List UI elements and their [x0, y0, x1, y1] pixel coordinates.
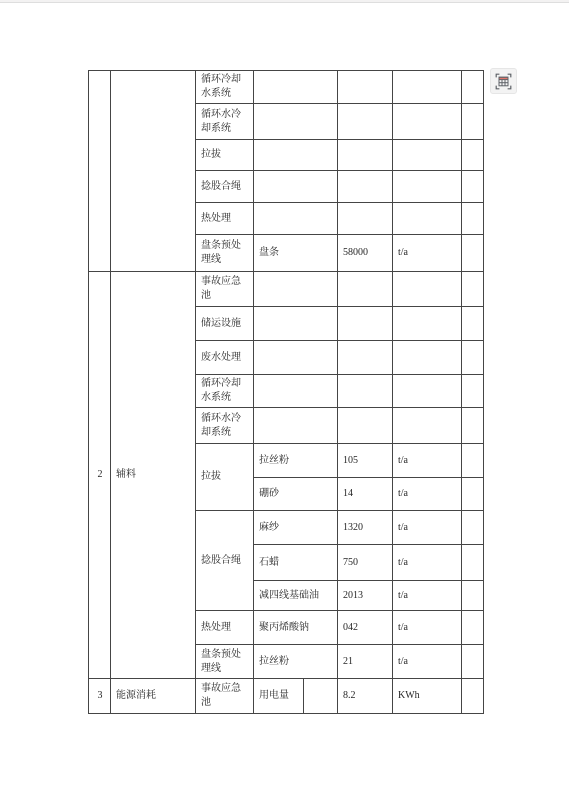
cell-blank [462, 478, 484, 511]
cell-material: 用电量 [254, 679, 304, 714]
cell-value: 21 [338, 645, 393, 679]
cell-category: 辅料 [111, 272, 196, 679]
cell-value [338, 408, 393, 444]
cell-process: 捻股合绳 [196, 171, 254, 203]
cell-material [254, 104, 338, 140]
cell-blank [462, 375, 484, 408]
materials-consumption-table: 循环冷却水系统 循环水冷却系统 拉拔 捻股合绳 热处理 盘条预处理线 盘条 58… [88, 70, 484, 714]
cell-blank [462, 71, 484, 104]
cell-process: 循环冷却水系统 [196, 375, 254, 408]
cell-value: 105 [338, 444, 393, 478]
cell-blank [462, 545, 484, 581]
cell-value [338, 203, 393, 235]
cell-value [338, 272, 393, 307]
cell-number: 2 [89, 272, 111, 679]
cell-process: 热处理 [196, 203, 254, 235]
cell-value: 8.2 [338, 679, 393, 714]
table-row: 2 辅料 事故应急池 [89, 272, 484, 307]
cell-unit [393, 408, 462, 444]
cell-material: 拉丝粉 [254, 444, 338, 478]
cell-value: 042 [338, 611, 393, 645]
cell-process: 事故应急池 [196, 272, 254, 307]
cell-material [254, 307, 338, 341]
cell-material: 减四线基础油 [254, 581, 338, 611]
cell-blank [462, 272, 484, 307]
cell-material: 石蜡 [254, 545, 338, 581]
cell-material [254, 375, 338, 408]
cell-material [254, 171, 338, 203]
cell-value [338, 104, 393, 140]
cell-value [338, 307, 393, 341]
cell-process: 循环冷却水系统 [196, 71, 254, 104]
cell-material: 拉丝粉 [254, 645, 338, 679]
cell-unit: t/a [393, 611, 462, 645]
cell-process: 拉拔 [196, 140, 254, 171]
cell-process: 循环水冷却系统 [196, 408, 254, 444]
cell-material [254, 341, 338, 375]
cell-unit: t/a [393, 545, 462, 581]
cell-value: 14 [338, 478, 393, 511]
cell-value [338, 140, 393, 171]
cell-process: 盘条预处理线 [196, 235, 254, 272]
table-row: 循环冷却水系统 [89, 71, 484, 104]
cell-material [254, 272, 338, 307]
cell-unit [393, 171, 462, 203]
cell-process: 热处理 [196, 611, 254, 645]
cell-material: 硼砂 [254, 478, 338, 511]
cell-material: 麻纱 [254, 511, 338, 545]
cell-unit [393, 307, 462, 341]
cell-blank [462, 235, 484, 272]
cell-blank [462, 611, 484, 645]
cell-material [254, 408, 338, 444]
cell-value [338, 71, 393, 104]
cell-value [338, 341, 393, 375]
cell-process: 拉拔 [196, 444, 254, 511]
cell-material-sub [304, 679, 338, 714]
cell-value: 58000 [338, 235, 393, 272]
cell-blank [462, 408, 484, 444]
cell-value: 750 [338, 545, 393, 581]
cell-unit [393, 140, 462, 171]
cell-process: 循环水冷却系统 [196, 104, 254, 140]
cell-process: 储运设施 [196, 307, 254, 341]
cell-unit: t/a [393, 511, 462, 545]
cell-blank [462, 203, 484, 235]
cell-blank [462, 171, 484, 203]
cell-value: 1320 [338, 511, 393, 545]
cell-unit: t/a [393, 235, 462, 272]
cell-process: 盘条预处理线 [196, 645, 254, 679]
cell-unit: t/a [393, 444, 462, 478]
table-row: 3 能源消耗 事故应急池 用电量 8.2 KWh [89, 679, 484, 714]
cell-unit [393, 272, 462, 307]
cell-unit [393, 104, 462, 140]
cell-unit [393, 71, 462, 104]
cell-number: 3 [89, 679, 111, 714]
cell-material [254, 203, 338, 235]
cell-value: 2013 [338, 581, 393, 611]
cell-blank [462, 444, 484, 478]
cell-material: 聚丙烯酸钠 [254, 611, 338, 645]
cell-blank [462, 511, 484, 545]
cell-material [254, 140, 338, 171]
cell-unit: t/a [393, 581, 462, 611]
cell-category: 能源消耗 [111, 679, 196, 714]
cell-value [338, 375, 393, 408]
cell-material [254, 71, 338, 104]
cell-unit [393, 341, 462, 375]
cell-blank [462, 581, 484, 611]
cell-number [89, 71, 111, 272]
page-top-edge [0, 0, 569, 3]
table-select-button[interactable] [490, 68, 517, 94]
cell-process: 废水处理 [196, 341, 254, 375]
cell-blank [462, 341, 484, 375]
table-select-icon [495, 73, 512, 90]
cell-blank [462, 104, 484, 140]
cell-blank [462, 307, 484, 341]
cell-blank [462, 645, 484, 679]
cell-blank [462, 679, 484, 714]
cell-unit: t/a [393, 478, 462, 511]
cell-process: 捻股合绳 [196, 511, 254, 611]
cell-blank [462, 140, 484, 171]
cell-unit [393, 375, 462, 408]
cell-unit: KWh [393, 679, 462, 714]
cell-category [111, 71, 196, 272]
cell-process: 事故应急池 [196, 679, 254, 714]
cell-unit [393, 203, 462, 235]
cell-material: 盘条 [254, 235, 338, 272]
cell-unit: t/a [393, 645, 462, 679]
cell-value [338, 171, 393, 203]
